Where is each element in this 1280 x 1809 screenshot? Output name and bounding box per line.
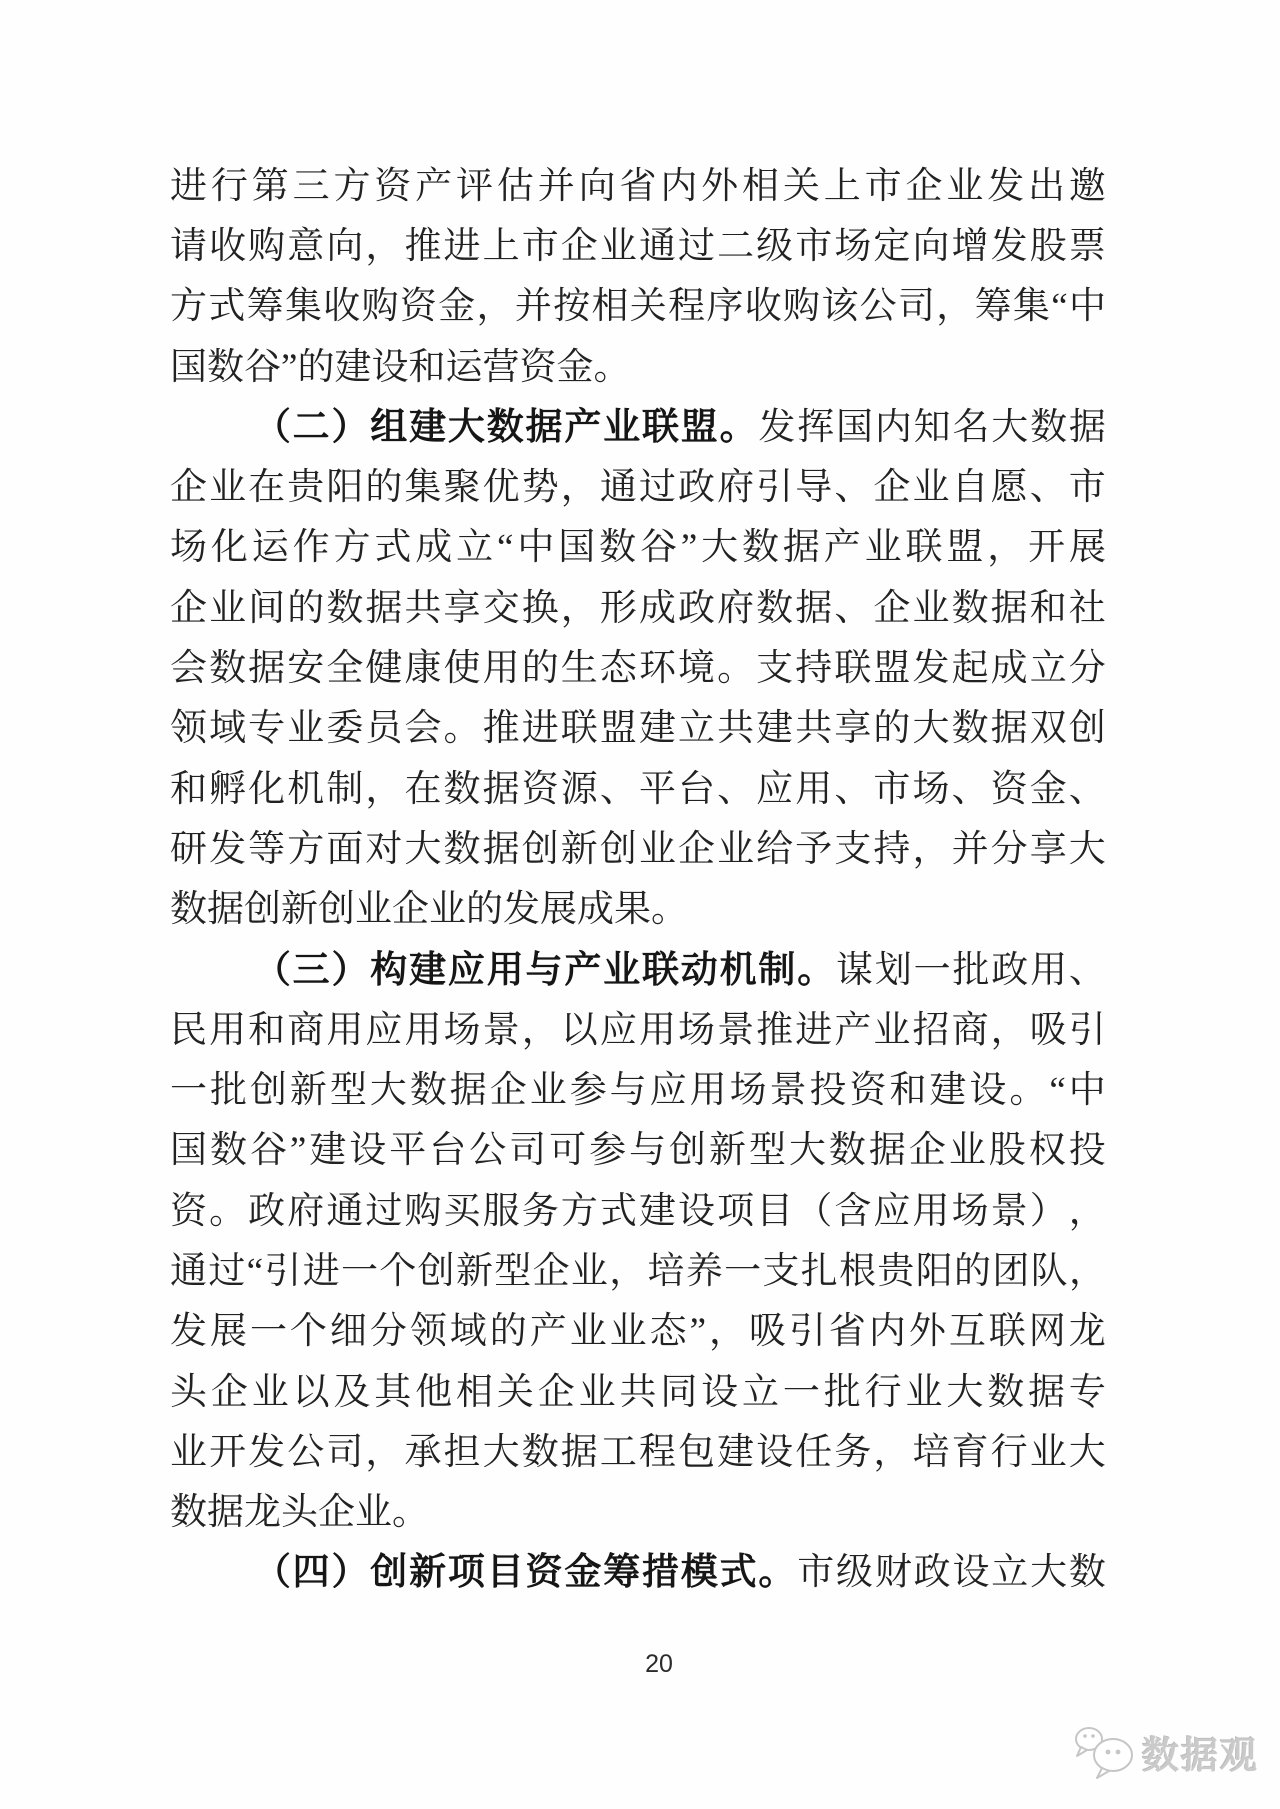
text-line: 场化运作方式成立“中国数谷”大数据产业联盟，开展 [170, 518, 1106, 578]
text-line: 企业间的数据共享交换，形成政府数据、企业数据和社 [170, 578, 1106, 638]
text-line: 国数谷”建设平台公司可参与创新型大数据企业股权投 [170, 1121, 1106, 1181]
document-text: 进行第三方资产评估并向省内外相关上市企业发出邀请收购意向，推进上市企业通过二级市… [170, 156, 1106, 1603]
text-line: 发展一个细分领域的产业业态”，吸引省内外互联网龙 [170, 1302, 1106, 1362]
text-line: 领域专业委员会。推进联盟建立共建共享的大数据双创 [170, 699, 1106, 759]
text-line: 资。政府通过购买服务方式建设项目（含应用场景）， [170, 1181, 1106, 1241]
text-line: 方式筹集收购资金，并按相关程序收购该公司，筹集“中 [170, 277, 1106, 337]
text-line: 国数谷”的建设和运营资金。 [170, 337, 1106, 397]
watermark: 数据观 [1072, 1724, 1259, 1780]
paragraph-indent [170, 970, 252, 971]
text-line: （四）创新项目资金筹措模式。市级财政设立大数 [170, 1543, 1106, 1603]
text-line: （二）组建大数据产业联盟。发挥国内知名大数据 [170, 397, 1106, 457]
text-line: 会数据安全健康使用的生态环境。支持联盟发起成立分 [170, 638, 1106, 698]
text-line: 数据龙头企业。 [170, 1483, 1106, 1543]
text-line: 进行第三方资产评估并向省内外相关上市企业发出邀 [170, 156, 1106, 216]
paragraph-indent [170, 1572, 252, 1573]
text-line: 头企业以及其他相关企业共同设立一批行业大数据专 [170, 1362, 1106, 1422]
text-line: 研发等方面对大数据创新创业企业给予支持，并分享大 [170, 819, 1106, 879]
page-number: 20 [0, 1650, 1280, 1679]
text-line: 和孵化机制，在数据资源、平台、应用、市场、资金、 [170, 759, 1106, 819]
text-line: 通过“引进一个创新型企业，培养一支扎根贵阳的团队， [170, 1241, 1106, 1301]
text-line: 一批创新型大数据企业参与应用场景投资和建设。“中 [170, 1060, 1106, 1120]
text-line: 业开发公司，承担大数据工程包建设任务，培育行业大 [170, 1422, 1106, 1482]
paragraph-indent [170, 427, 252, 428]
text-line: 请收购意向，推进上市企业通过二级市场定向增发股票 [170, 216, 1106, 276]
text-line: 数据创新创业企业的发展成果。 [170, 880, 1106, 940]
watermark-label: 数据观 [1142, 1725, 1259, 1779]
chat-bubbles-icon [1072, 1724, 1136, 1780]
text-line: 民用和商用应用场景，以应用场景推进产业招商，吸引 [170, 1000, 1106, 1060]
text-line: 企业在贵阳的集聚优势，通过政府引导、企业自愿、市 [170, 457, 1106, 517]
document-page: 进行第三方资产评估并向省内外相关上市企业发出邀请收购意向，推进上市企业通过二级市… [0, 0, 1280, 1809]
text-line: （三）构建应用与产业联动机制。谋划一批政用、 [170, 940, 1106, 1000]
